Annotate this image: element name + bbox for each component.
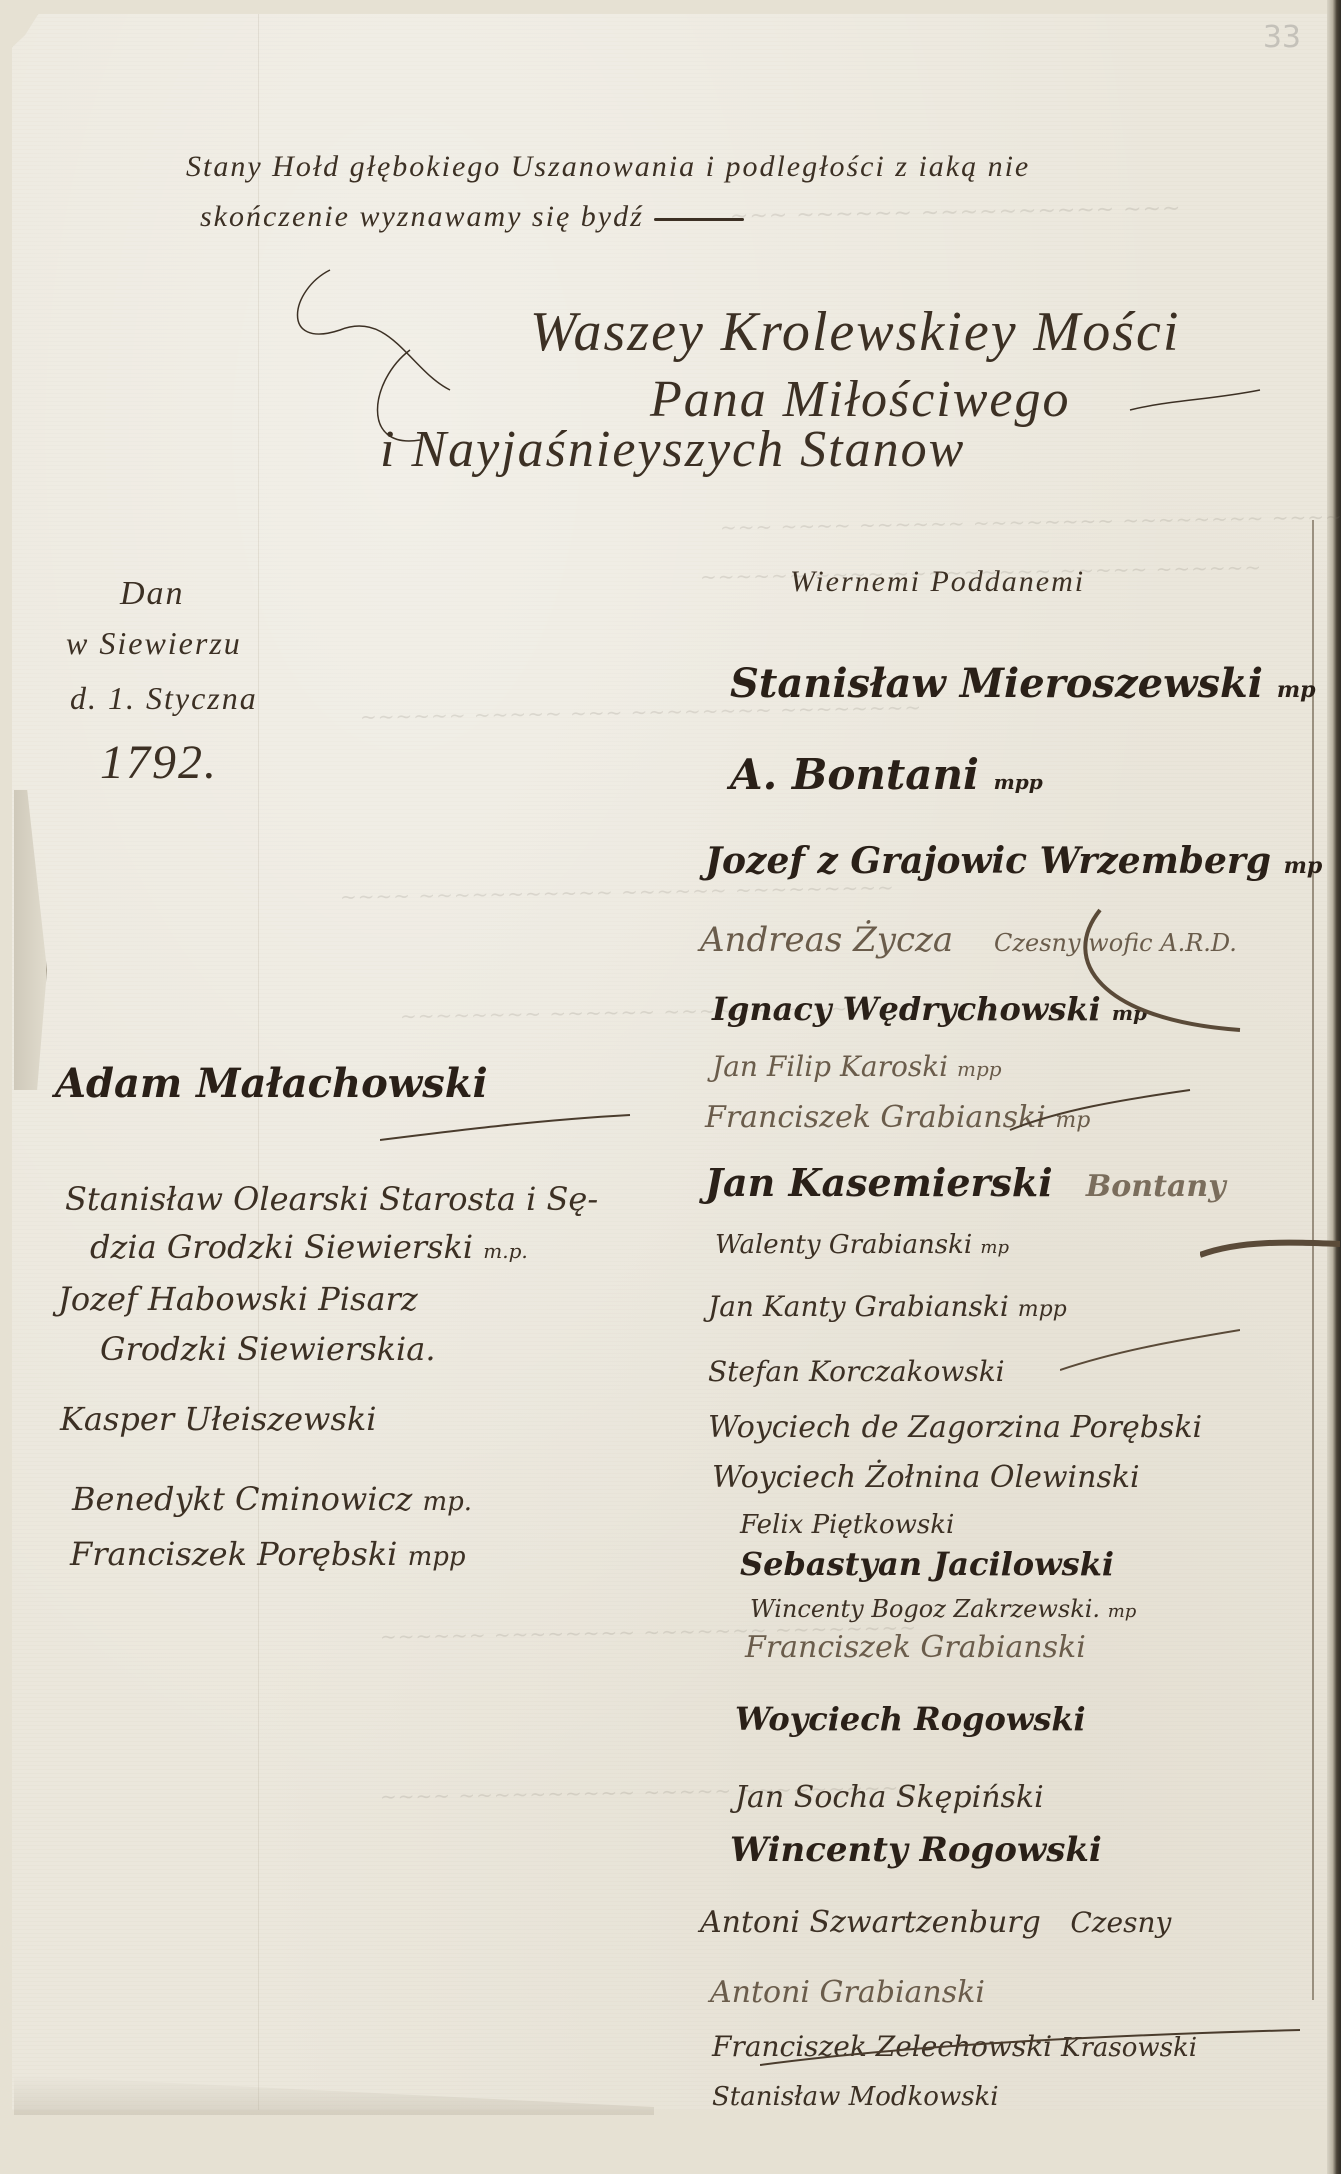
signature-name: Ignacy Wędrychowski — [712, 990, 1101, 1028]
signature-right: Andreas Życza Czesny wofic A.R.D. — [700, 920, 1237, 960]
signature-right: Walenty Grabianski mp — [715, 1230, 1009, 1260]
signature-suffix: mp — [1277, 677, 1316, 703]
signature-right: Antoni Szwartzenburg Czesny — [700, 1905, 1171, 1940]
signature-left: Jozef Habowski Pisarz — [58, 1280, 418, 1318]
signature-name: Franciszek Zelechowski — [712, 2030, 1052, 2063]
signature-right: Jan Socha Skępiński — [735, 1780, 1044, 1815]
signature-right: Franciszek Zelechowski Krasowski — [712, 2030, 1197, 2063]
signature-left: Franciszek Porębski mpp — [70, 1535, 466, 1573]
signature-right: Woyciech Żołnina Olewinski — [712, 1460, 1140, 1495]
signature-right: Ignacy Wędrychowski mp — [712, 990, 1147, 1028]
signature-name: Jan Filip Karoski — [712, 1050, 948, 1083]
signature-left: dzia Grodzki Siewierski m.p. — [90, 1228, 528, 1266]
signature-suffix: mp — [1055, 1108, 1090, 1133]
signature-right: Woyciech Rogowski — [735, 1700, 1086, 1738]
closing-line-2-text: skończenie wyznawamy się bydź — [200, 200, 644, 233]
closing-line-2: skończenie wyznawamy się bydź — [200, 200, 744, 234]
signature-name: Stanisław Mieroszewski — [730, 660, 1263, 707]
folio-mark: 33 — [1263, 20, 1301, 55]
signature-name: Jan Kasemierski — [705, 1160, 1053, 1205]
signature-name: Franciszek Grabianski — [705, 1100, 1046, 1135]
signature-suffix: Czesny — [1070, 1906, 1171, 1939]
signature-right: A. Bontani mpp — [730, 750, 1043, 799]
signature-name: Jan Kanty Grabianski — [708, 1290, 1009, 1323]
address-line-3: i Nayjaśnieyszych Stanow — [380, 420, 965, 479]
signature-name: A. Bontani — [730, 750, 979, 799]
signature-name: Franciszek Porębski — [70, 1535, 397, 1573]
signature-suffix: mp. — [423, 1487, 473, 1517]
signature-suffix: mp — [1108, 1601, 1137, 1622]
signature-right: Woyciech de Zagorzina Porębski — [708, 1410, 1202, 1445]
signature-suffix: mp — [980, 1237, 1009, 1258]
dateline-dan: Dan — [120, 575, 185, 613]
signature-suffix: mp — [1112, 1001, 1147, 1025]
signature-suffix: mpp — [408, 1542, 466, 1572]
dateline-year: 1792. — [100, 735, 218, 790]
signature-name: Walenty Grabianski — [715, 1230, 972, 1260]
signature-right: Antoni Grabianski — [710, 1975, 985, 2010]
signature-suffix: Czesny wofic A.R.D. — [994, 929, 1237, 957]
signature-name: Antoni Szwartzenburg — [700, 1905, 1041, 1940]
signature-name: Benedykt Cminowicz — [72, 1480, 412, 1518]
signature-right: Stanisław Mieroszewski mp — [730, 660, 1316, 707]
signature-right: Franciszek Grabianski — [745, 1630, 1086, 1665]
subscription-header: Wiernemi Poddanemi — [790, 565, 1085, 599]
signature-right: Franciszek Grabianski mp — [705, 1100, 1090, 1135]
signature-name: Jozef z Grajowic Wrzemberg — [705, 840, 1271, 882]
closing-line-1: Stany Hołd głębokiego Uszanowania i podl… — [186, 150, 1030, 184]
address-line-1: Waszey Krolewskiey Mości — [530, 300, 1180, 364]
signature-suffix: mpp — [994, 770, 1043, 794]
signature-name: dzia Grodzki Siewierski — [90, 1228, 473, 1266]
signature-right: Jan Kasemierski Bontany — [705, 1160, 1226, 1205]
signature-name: Andreas Życza — [700, 920, 953, 960]
signature-right: Jozef z Grajowic Wrzemberg mp — [705, 840, 1322, 882]
signature-suffix: mpp — [957, 1057, 1002, 1081]
signature-suffix: m.p. — [483, 1239, 527, 1263]
signature-right: Wincenty Bogoz Zakrzewski. mp — [750, 1595, 1136, 1623]
signature-left: Stanisław Olearski Starosta i Sę- — [65, 1180, 598, 1218]
signature-right: Jan Kanty Grabianski mpp — [708, 1290, 1067, 1323]
signature-right: Sebastyan Jacilowski — [740, 1545, 1114, 1583]
signature-right: Jan Filip Karoski mpp — [712, 1050, 1002, 1083]
signature-left: Kasper Ułeiszewski — [60, 1400, 376, 1438]
signature-right: Stefan Korczakowski — [708, 1355, 1005, 1388]
signature-name: Wincenty Bogoz Zakrzewski. — [750, 1595, 1100, 1623]
signature-suffix: mp — [1284, 853, 1323, 879]
dateline-day: d. 1. Styczna — [70, 680, 258, 717]
signature-suffix: Bontany — [1086, 1169, 1226, 1204]
signature-right: Felix Piętkowski — [740, 1510, 954, 1540]
signature-suffix: Krasowski — [1061, 2033, 1197, 2063]
signature-left: Benedykt Cminowicz mp. — [72, 1480, 472, 1518]
signature-left: Adam Małachowski — [55, 1060, 488, 1107]
signature-suffix: mpp — [1018, 1297, 1067, 1322]
signature-right: Stanisław Modkowski — [712, 2082, 999, 2112]
binding-edge — [1327, 0, 1341, 2174]
signature-right: Wincenty Rogowski — [730, 1830, 1102, 1870]
dash-rule — [654, 218, 744, 221]
signature-left: Grodzki Siewierskia. — [100, 1330, 436, 1368]
dateline-place: w Siewierzu — [66, 625, 242, 662]
margin-rule — [1312, 520, 1314, 2000]
